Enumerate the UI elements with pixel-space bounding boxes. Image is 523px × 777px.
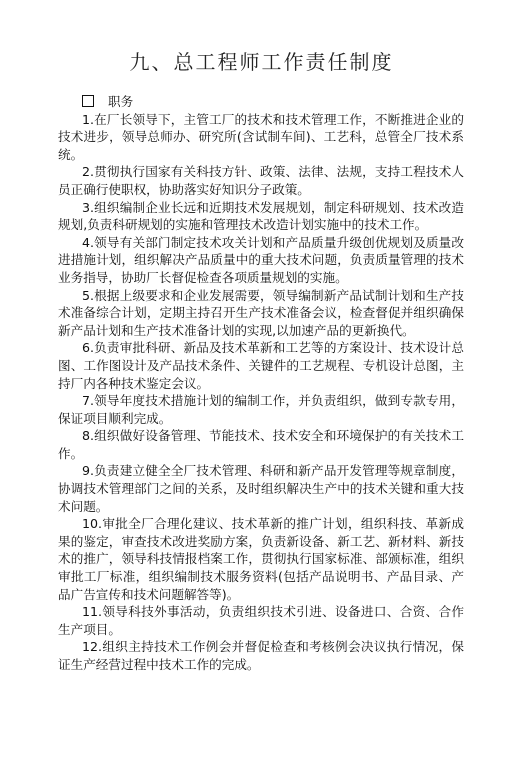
duty-item-6: 6.负责审批科研、新品及技术革新和工艺等的方案设计、技术设计总图、工作图设计及产… [58,339,464,392]
duty-item-2: 2.贯彻执行国家有关科技方针、政策、法律、法规，支持工程技术人员正确行使职权，协… [58,163,464,198]
duty-item-4: 4.领导有关部门制定技术攻关计划和产品质量升级创优规划及质量改进措施计划，组织解… [58,234,464,287]
section-heading: 职务 [58,93,464,111]
duty-item-3: 3.组织编制企业长远和近期技术发展规划，制定科研规划、技术改造规划,负责科研规划… [58,199,464,234]
duty-item-1: 1.在厂长领导下，主管工厂的技术和技术管理工作，不断推进企业的技术进步，领导总师… [58,111,464,164]
duty-item-10: 10.审批全厂合理化建议、技术革新的推广计划，组织科技、革新成果的鉴定，审查技术… [58,515,464,603]
page-title: 九、总工程师工作责任制度 [0,46,523,75]
duty-item-7: 7.领导年度技术措施计划的编制工作，并负责组织，做到专款专用，保证项目顺利完成。 [58,392,464,427]
duty-item-8: 8.组织做好设备管理、节能技术、技术安全和环境保护的有关技术工作。 [58,427,464,462]
document-body: 职务 1.在厂长领导下，主管工厂的技术和技术管理工作，不断推进企业的技术进步，领… [58,93,464,674]
duty-item-12: 12.组织主持技术工作例会并督促检查和考核例会决议执行情况，保证生产经营过程中技… [58,638,464,673]
section-heading-label: 职务 [108,94,133,109]
duty-item-11: 11.领导科技外事活动，负责组织技术引进、设备进口、合资、合作生产项目。 [58,603,464,638]
checkbox-square-icon [82,95,94,107]
duty-item-9: 9.负责建立健全全厂技术管理、科研和新产品开发管理等规章制度，协调技术管理部门之… [58,462,464,515]
duty-item-5: 5.根据上级要求和企业发展需要，领导编制新产品试制计划和生产技术准备综合计划，定… [58,287,464,340]
